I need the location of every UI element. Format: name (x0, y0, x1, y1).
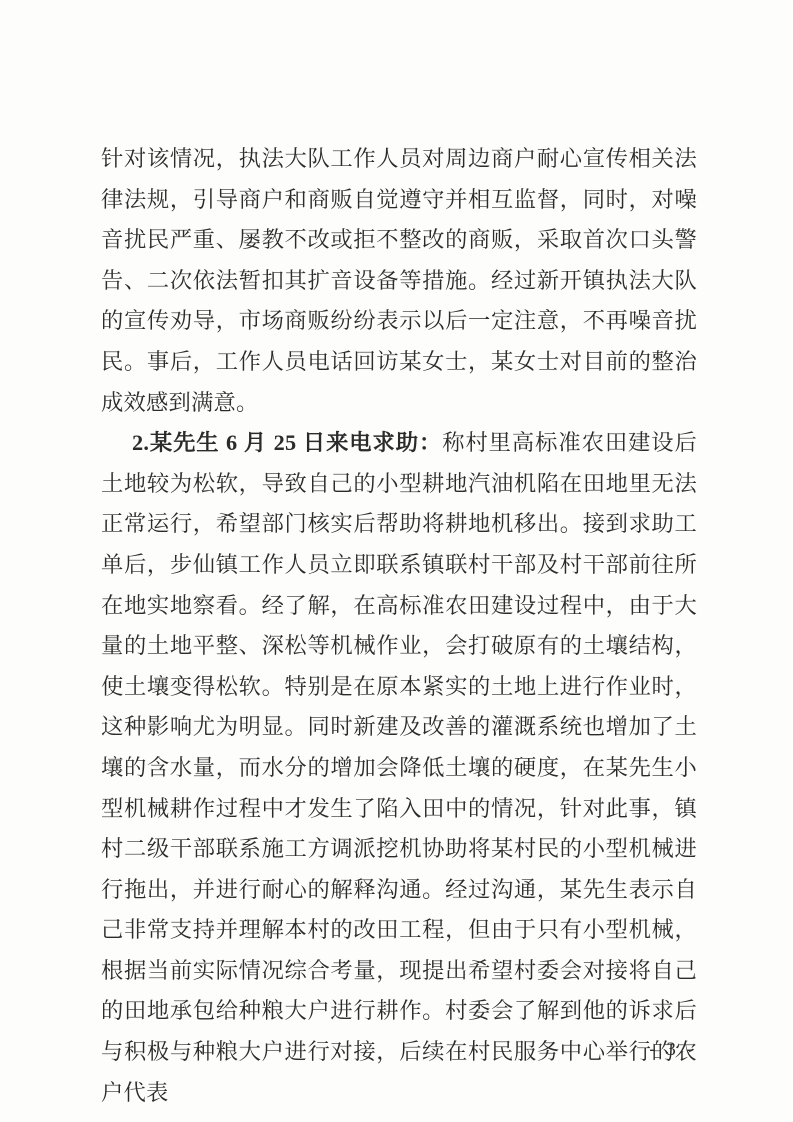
document-page: 针对该情况，执法大队工作人员对周边商户耐心宣传相关法律法规，引导商户和商贩自觉遵… (0, 0, 793, 1122)
page-number: - 3 - (649, 1038, 696, 1062)
case-2-body-text: 称村里高标准农田建设后土地较为松软，导致自己的小型耕地汽油机陷在田地里无法正常运… (101, 430, 697, 1105)
paragraph-continuation-text: 针对该情况，执法大队工作人员对周边商户耐心宣传相关法律法规，引导商户和商贩自觉遵… (101, 146, 697, 415)
paragraph-case-2: 2.某先生 6 月 25 日来电求助：称村里高标准农田建设后土地较为松软，导致自… (101, 423, 697, 1113)
case-2-lead-bold: 2.某先生 6 月 25 日来电求助： (132, 430, 442, 455)
document-body: 针对该情况，执法大队工作人员对周边商户耐心宣传相关法律法规，引导商户和商贩自觉遵… (101, 139, 697, 1113)
paragraph-continuation: 针对该情况，执法大队工作人员对周边商户耐心宣传相关法律法规，引导商户和商贩自觉遵… (101, 139, 697, 423)
